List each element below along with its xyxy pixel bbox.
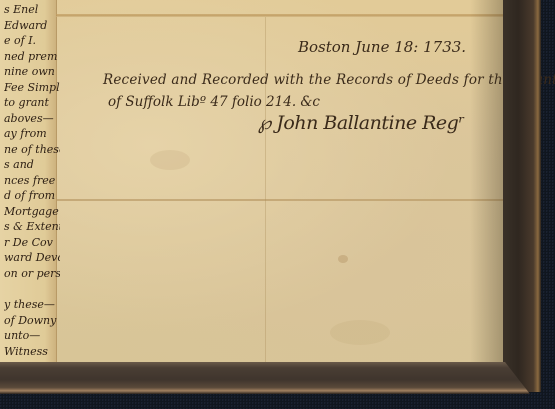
margin-gap <box>4 281 60 297</box>
margin-line: ne of these <box>4 142 60 158</box>
water-stain <box>150 150 190 170</box>
margin-line: d of from <box>4 188 60 204</box>
margin-line: y these— <box>4 297 60 313</box>
margin-line: on or persons <box>4 266 60 282</box>
margin-line: nine own <box>4 64 60 80</box>
margin-line: ay from <box>4 126 60 142</box>
margin-line: ward Devoh <box>4 250 60 266</box>
top-fold-line <box>56 14 506 17</box>
wooden-frame-bottom <box>0 362 530 394</box>
margin-line: r De Cov <box>4 235 60 251</box>
ink-spot <box>338 255 348 263</box>
wooden-frame-right <box>503 0 541 392</box>
margin-line: unto— <box>4 328 60 344</box>
margin-line: e of I. <box>4 33 60 49</box>
margin-line: Witness <box>4 344 60 360</box>
margin-line: Edward <box>4 18 60 34</box>
registrar-signature: ℘ John Ballantine Regʳ <box>258 112 464 134</box>
margin-line: ned prem <box>4 49 60 65</box>
margin-line: nces free <box>4 173 60 189</box>
margin-line: Fee Simple <box>4 80 60 96</box>
margin-line: s Enel <box>4 2 60 18</box>
margin-line: of Downy <box>4 313 60 329</box>
dateline: Boston June 18: 1733. <box>298 38 466 56</box>
margin-line: aboves— <box>4 111 60 127</box>
left-margin-text: s Enel Edward e of I. ned prem nine own … <box>4 2 60 359</box>
water-stain <box>330 320 390 345</box>
frame-shadow <box>470 0 505 362</box>
middle-fold-line <box>56 199 506 201</box>
margin-line: s and <box>4 157 60 173</box>
margin-line: Mortgage <box>4 204 60 220</box>
vertical-crease <box>265 17 266 362</box>
margin-line: s & Extents <box>4 219 60 235</box>
recording-statement-line-2: of Suffolk Libº 47 folio 214. &c <box>108 94 320 110</box>
margin-line: to grant <box>4 95 60 111</box>
framed-document-photo: s Enel Edward e of I. ned prem nine own … <box>0 0 555 409</box>
